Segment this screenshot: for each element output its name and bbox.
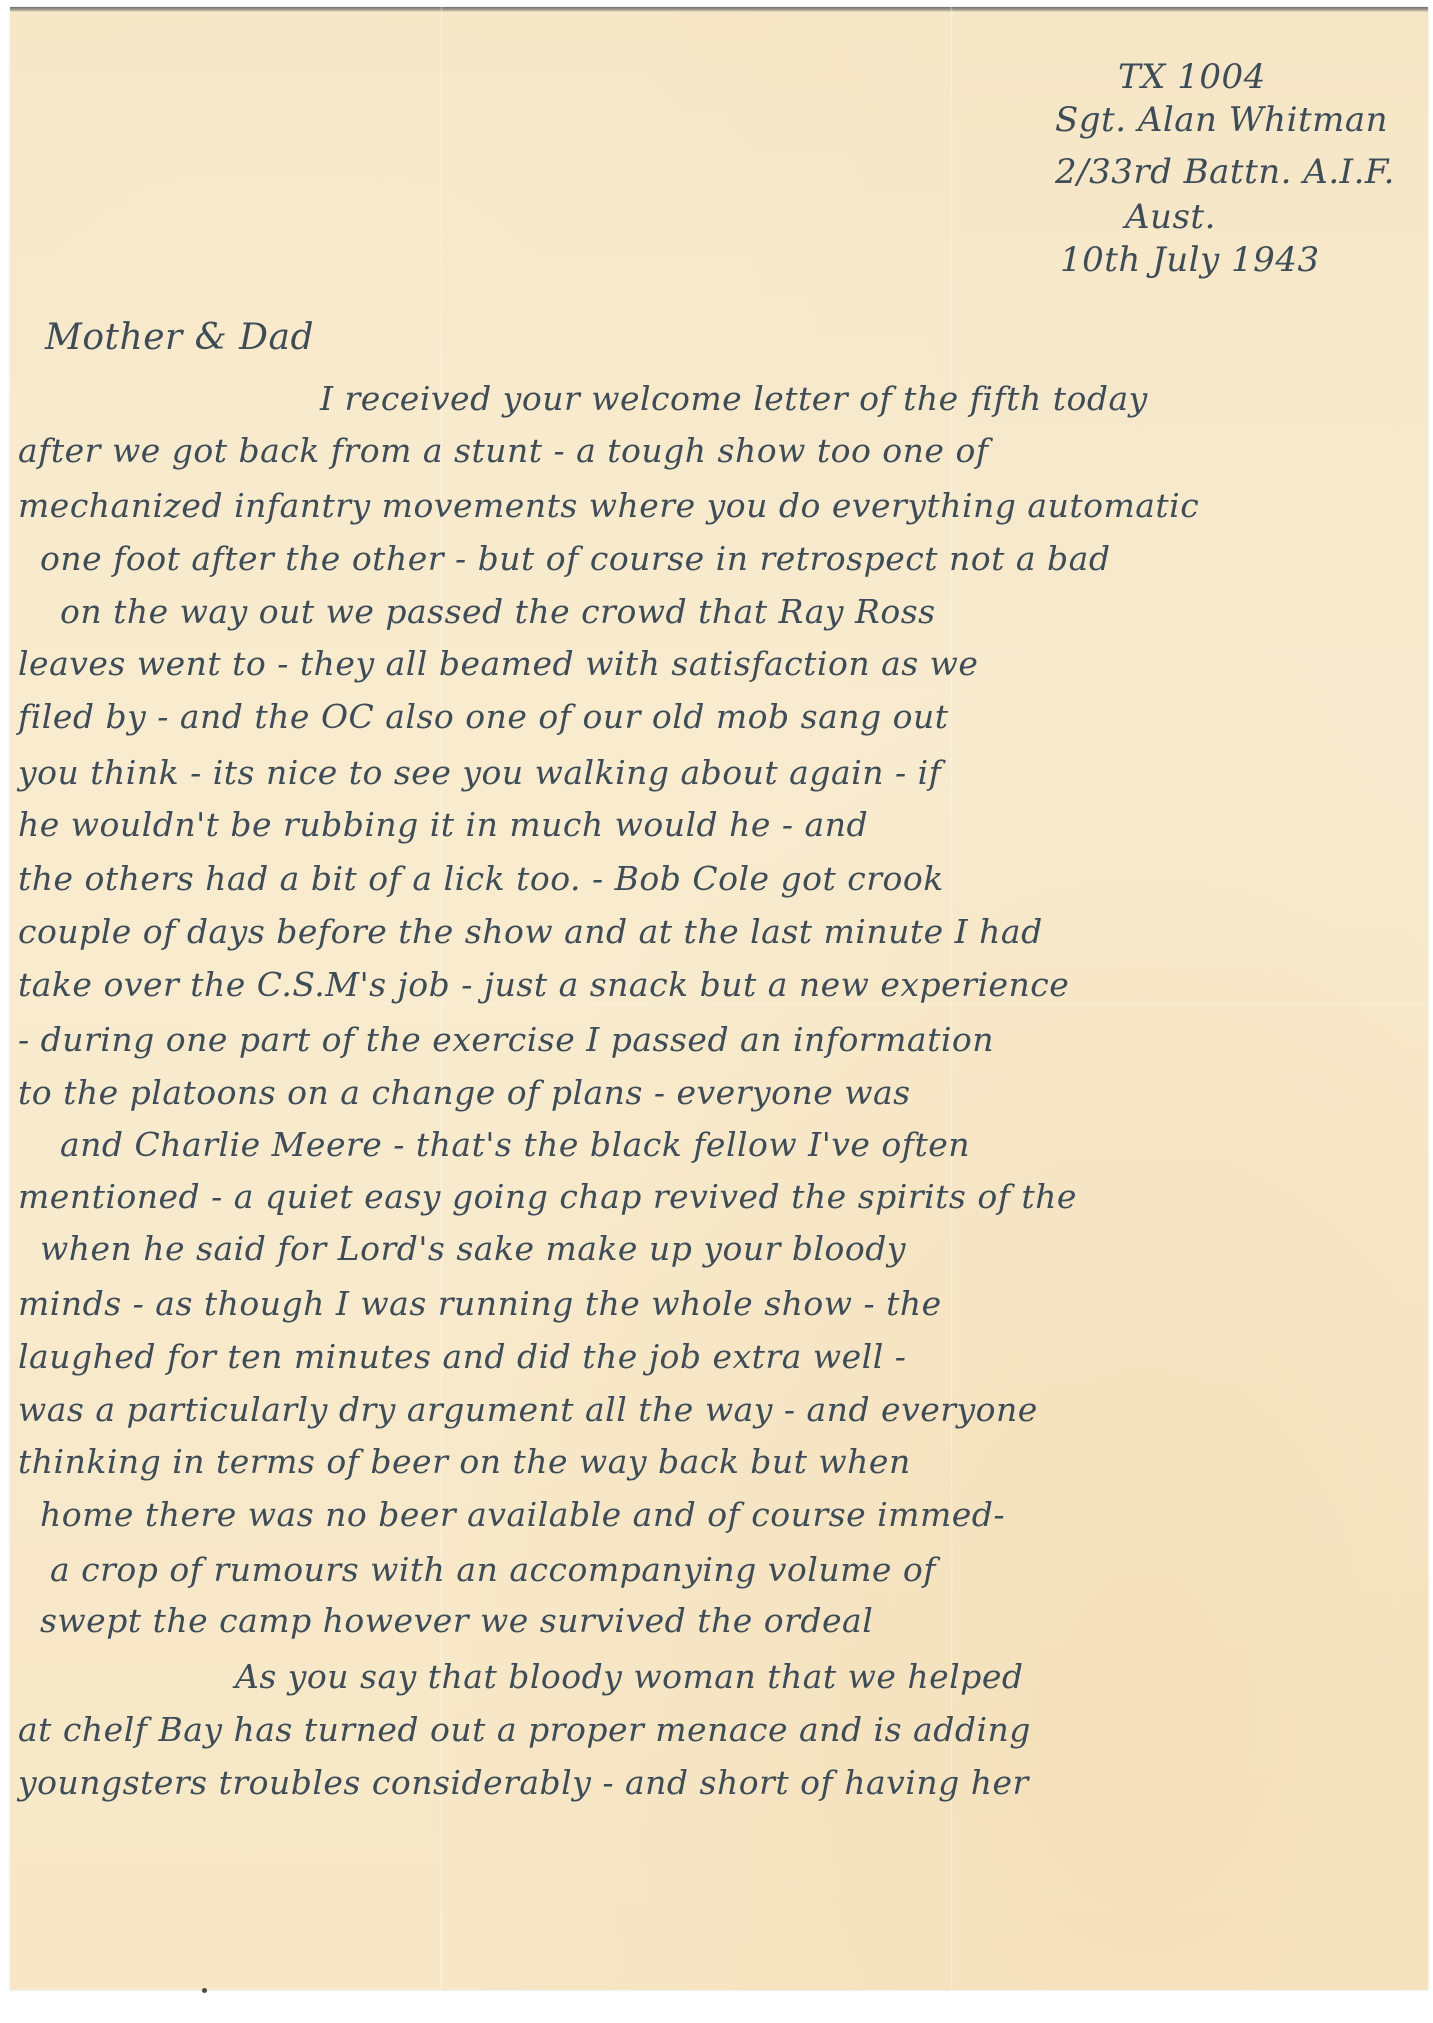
sender-unit: 2/33rd Battn. A.I.F. (1055, 152, 1395, 192)
body-line: home there was no beer available and of … (40, 1495, 1005, 1534)
ink-dot-mark (202, 1988, 207, 1993)
body-line: As you say that bloody woman that we hel… (235, 1657, 1024, 1696)
body-line: youngsters troubles considerably - and s… (18, 1763, 1029, 1802)
body-line: after we got back from a stunt - a tough… (18, 431, 989, 470)
letter-page: TX 1004 Sgt. Alan Whitman 2/33rd Battn. … (10, 7, 1428, 1990)
body-line: filed by - and the OC also one of our ol… (18, 697, 949, 736)
body-line: thinking in terms of beer on the way bac… (18, 1442, 911, 1481)
letter-date: 10th July 1943 (1060, 240, 1320, 280)
body-line: you think - its nice to see you walking … (18, 753, 941, 792)
body-line: when he said for Lord's sake make up you… (40, 1229, 906, 1268)
body-line: laughed for ten minutes and did the job … (18, 1337, 906, 1376)
body-line: mentioned - a quiet easy going chap revi… (18, 1177, 1077, 1216)
body-line: I received your welcome letter of the fi… (320, 379, 1148, 418)
body-line: minds - as though I was running the whol… (18, 1284, 942, 1323)
body-line: to the platoons on a change of plans - e… (18, 1073, 911, 1112)
body-line: couple of days before the show and at th… (18, 912, 1043, 951)
body-line: - during one part of the exercise I pass… (18, 1020, 994, 1059)
service-number: TX 1004 (1118, 57, 1266, 97)
body-line: mechanized infantry movements where you … (18, 486, 1199, 525)
body-line: at chelf Bay has turned out a proper men… (18, 1710, 1031, 1749)
paper-top-edge (10, 7, 1428, 12)
body-line: the others had a bit of a lick too. - Bo… (18, 859, 944, 898)
sender-name: Sgt. Alan Whitman (1055, 100, 1388, 140)
body-line: one foot after the other - but of course… (40, 539, 1110, 578)
body-line: swept the camp however we survived the o… (40, 1601, 873, 1640)
body-line: and Charlie Meere - that's the black fel… (60, 1125, 970, 1164)
salutation: Mother & Dad (45, 317, 314, 358)
body-line: take over the C.S.M's job - just a snack… (18, 965, 1069, 1004)
body-line: leaves went to - they all beamed with sa… (18, 644, 978, 683)
sender-country: Aust. (1125, 197, 1216, 237)
body-line: on the way out we passed the crowd that … (60, 592, 936, 631)
body-line: a crop of rumours with an accompanying v… (50, 1550, 936, 1589)
body-line: he wouldn't be rubbing it in much would … (18, 805, 868, 844)
body-line: was a particularly dry argument all the … (18, 1390, 1038, 1429)
